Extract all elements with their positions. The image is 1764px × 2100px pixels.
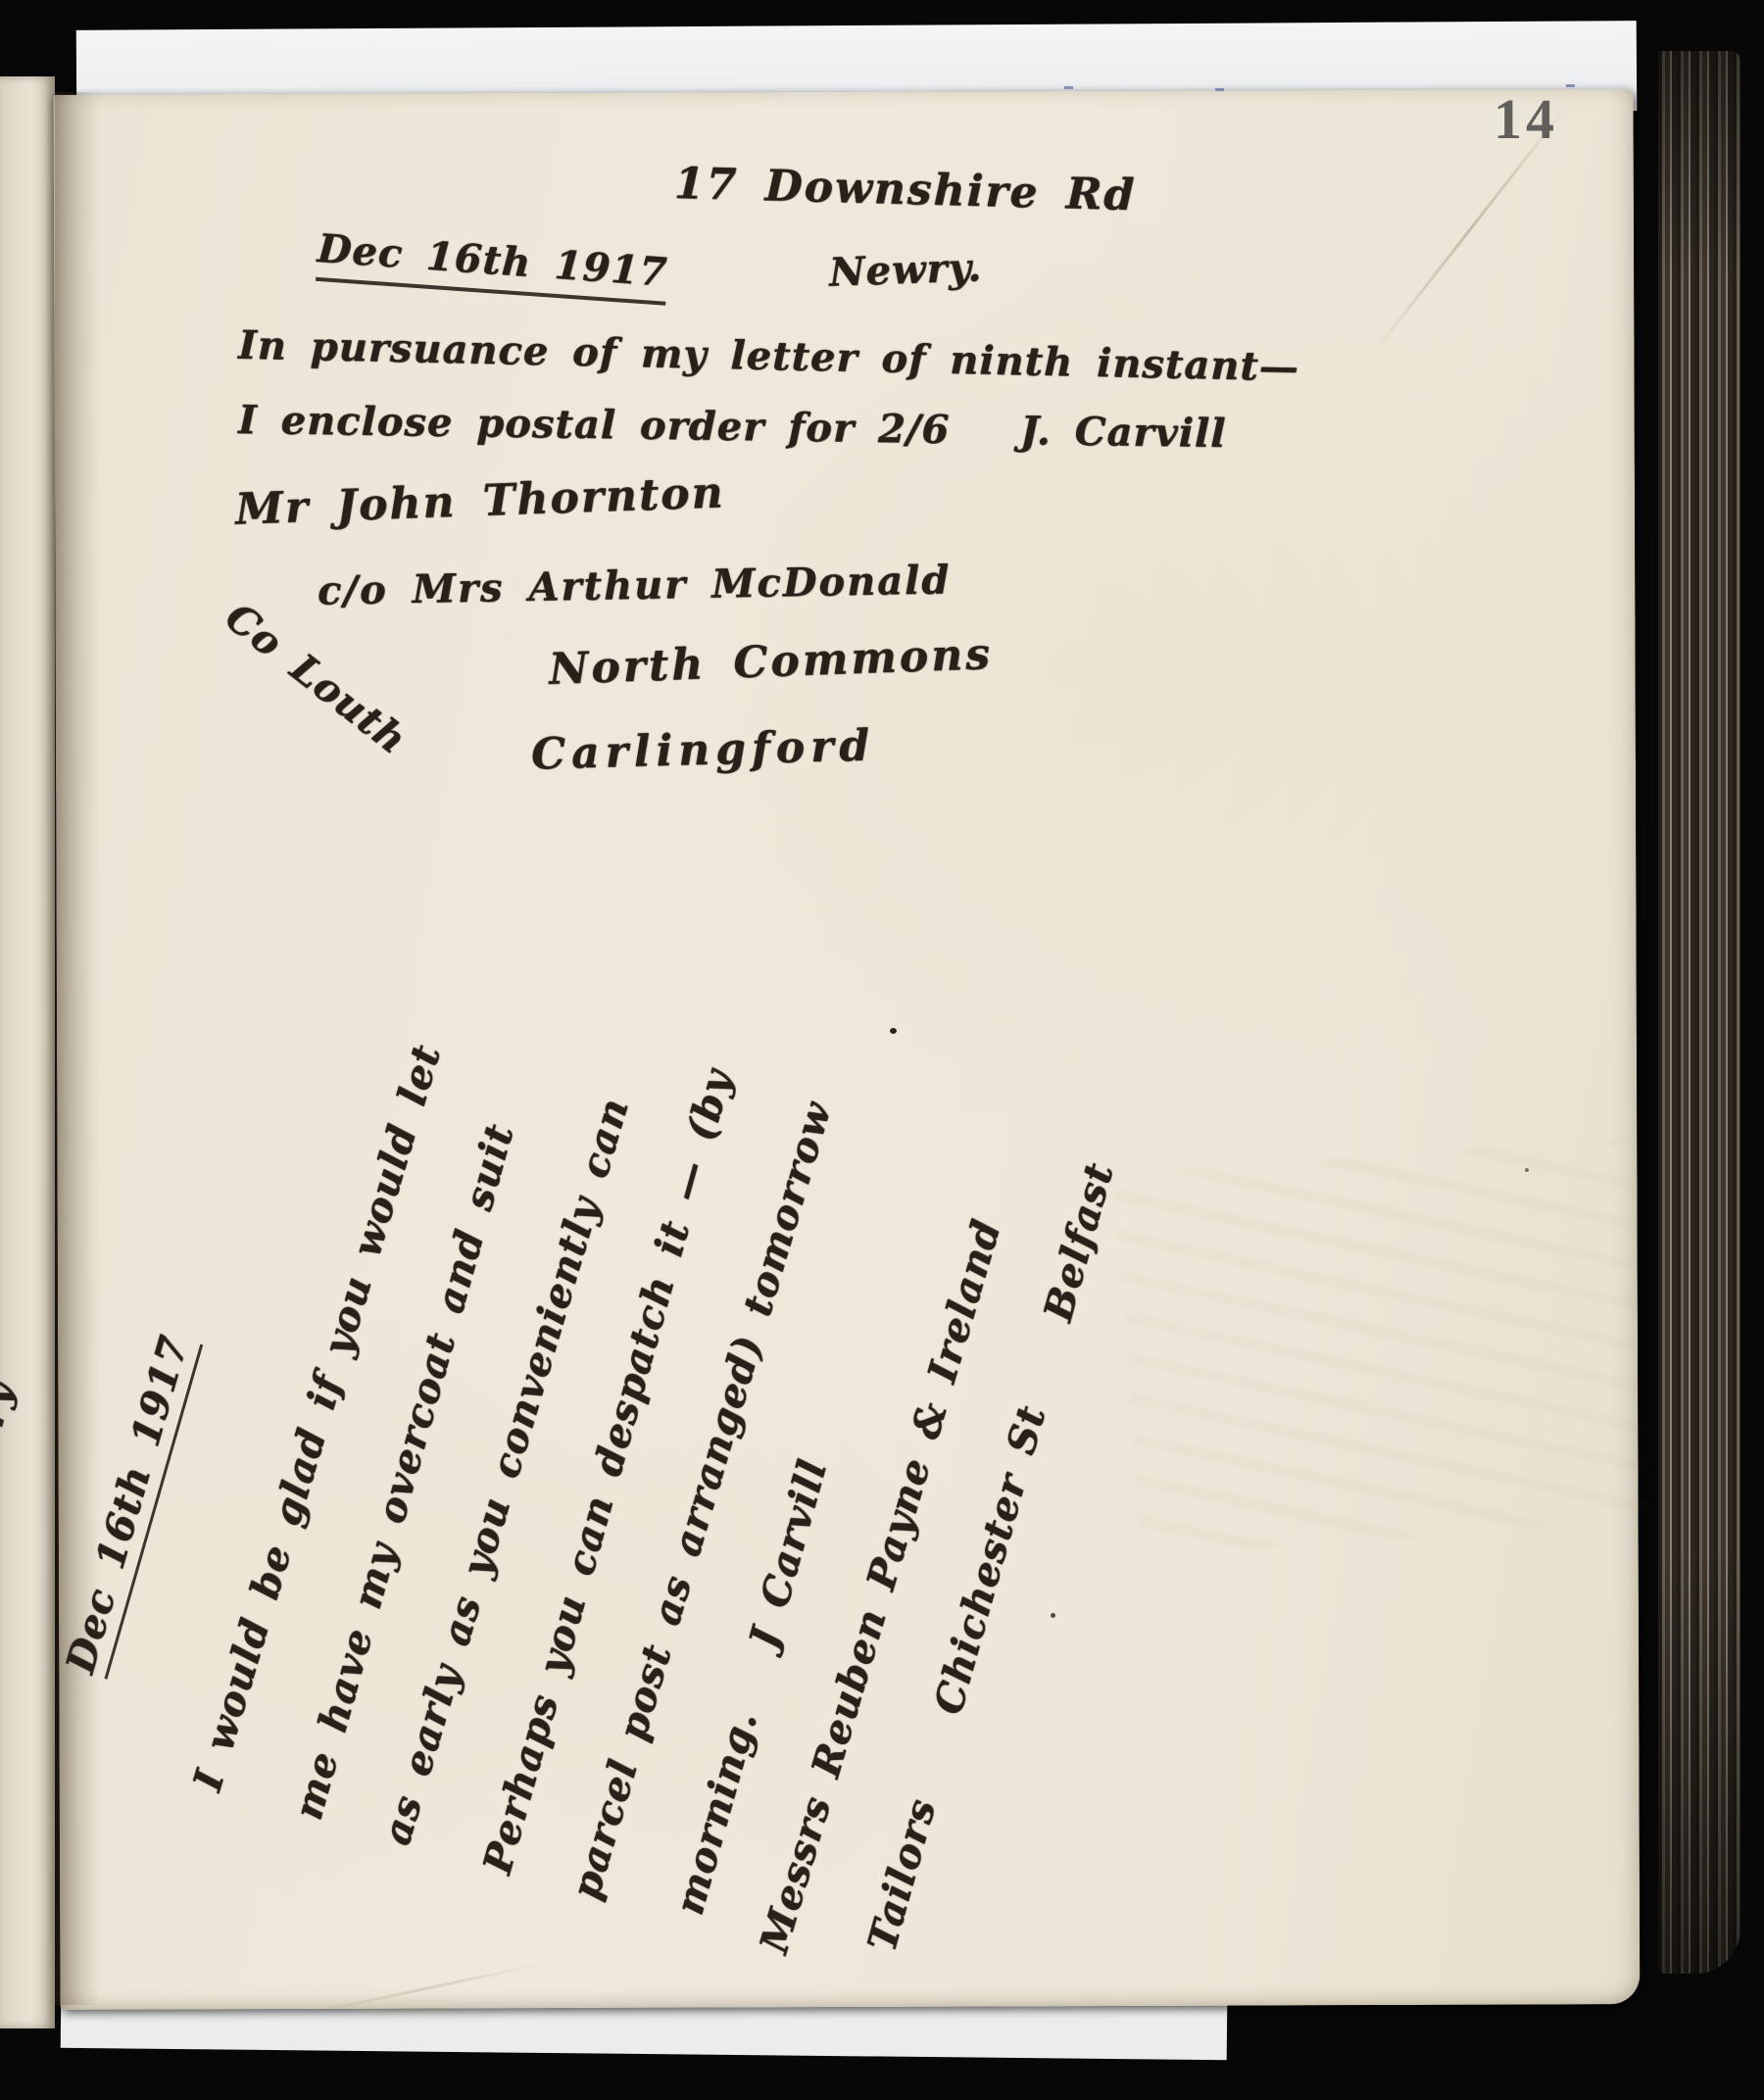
pencil-tick <box>1064 86 1073 89</box>
page-number: 14 <box>1494 86 1601 152</box>
letter1-date-text: Dec 16th 1917 <box>316 225 669 306</box>
ink-speck <box>890 1028 897 1034</box>
ink-speck <box>1525 1168 1529 1172</box>
book-fore-edges <box>1658 51 1740 1974</box>
ink-bleedthrough <box>1114 1139 1649 1555</box>
pencil-tick <box>1215 88 1224 91</box>
ink-speck <box>1051 1613 1055 1618</box>
scanned-book-page: 14 Dec 16th 1917 17 Downshire Rd Newry. … <box>0 0 1764 2100</box>
letter1-heading-town: Newry. <box>828 244 983 295</box>
letter1-recipient-town: Carlingford <box>530 720 875 779</box>
letter2-date-text: Dec 16th 1917 <box>57 1330 203 1680</box>
